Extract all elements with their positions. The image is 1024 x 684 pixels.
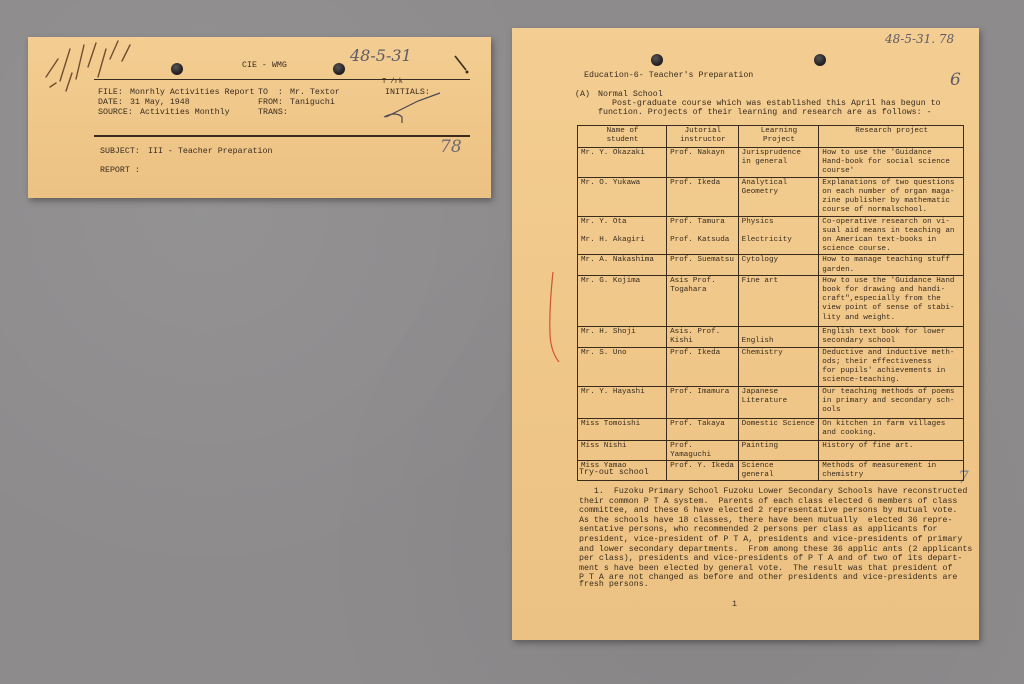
projects-table: Name of student Jutorial instructor Lear… [577,125,964,481]
routing-slip: CIE - WMG 48-5-31 T /rk INITIALS: FILE: … [28,37,491,198]
cell-research: How to use the 'Guidance Hand-book for s… [819,148,964,178]
intro-line-2: function. Projects of their learning and… [598,108,932,118]
cell-research: Co-operative research on vi- sual aid me… [819,216,964,255]
header-instructor: Jutorial instructor [667,126,739,148]
cell-student: Mr. Y. Hayashi [578,386,667,418]
tryout-paragraph: 1. Fuzoku Primary School Fuzoku Lower Se… [579,487,972,590]
file-value: Monrhly Activities Report [130,88,254,98]
report-title: Education-6- Teacher's Preparation [584,71,753,81]
table-row: Mr. Y. Hayashi Prof. Imamura Japanese Li… [578,386,964,418]
subject-value: III - Teacher Preparation [148,147,272,157]
table-row: Miss Nishi Prof. Yamaguchi Painting Hist… [578,440,964,460]
cell-research: Deductive and inductive meth- ods; their… [819,347,964,386]
cell-student: Mr. G. Kojima [578,275,667,326]
cell-research: On kitchen in farm villages and cooking. [819,418,964,440]
cell-student: Mr. S. Uno [578,347,667,386]
cell-learning: Analytical Geometry [738,177,819,216]
file-label: FILE: [98,88,123,98]
punch-hole-left [651,54,663,66]
punch-hole-left [171,63,183,75]
table-row: Mr. O. Yukawa Prof. Ikeda Analytical Geo… [578,177,964,216]
tryout-heading: Try-out school [579,468,649,478]
cell-instructor: Prof. Nakayn [667,148,739,178]
handwritten-page-number: 6 [950,70,961,90]
paragraph-line: their common P T A system. Parents of ea… [579,497,972,507]
cell-learning: Physics Electricity [738,216,819,255]
cell-learning: Fine art [738,275,819,326]
cell-learning: Science general [738,461,819,481]
table-row: Mr. Y. Okazaki Prof. Nakayn Jurisprudenc… [578,148,964,178]
cell-instructor: Asis. Prof. Kishi [667,326,739,347]
paragraph-line: committee, and these 6 have elected 2 re… [579,506,972,516]
paragraph-line: 1. Fuzoku Primary School Fuzoku Lower Se… [579,487,972,497]
cell-instructor: Prof. Takaya [667,418,739,440]
handwritten-reference: 48-5-31. 78 [885,32,954,46]
cell-instructor: Asis Prof. Togahara [667,275,739,326]
cell-research: How to manage teaching stuff garden. [819,255,964,275]
header-research-project: Research project [819,126,964,148]
cell-research: How to use the 'Guidance Hand book for d… [819,275,964,326]
to-value: Mr. Textor [290,88,340,98]
table-row: Mr. Y. Ota Mr. H. Akagiri Prof. Tamura P… [578,216,964,255]
cell-research: History of fine art. [819,440,964,460]
date-label: DATE: [98,98,123,108]
cell-learning: Chemistry [738,347,819,386]
cell-instructor: Prof. Ikeda [667,347,739,386]
paragraph-line: fresh persons. [579,580,972,590]
table-row: Mr. A. Nakashima Prof. Suematsu Cytology… [578,255,964,275]
cell-learning: Cytology [738,255,819,275]
punch-hole-right [814,54,826,66]
cell-student: Mr. H. Shoji [578,326,667,347]
trans-label: TRANS: [258,108,288,118]
slip-header: CIE - WMG [242,61,287,71]
cell-instructor: Prof. Tamura Prof. Katsuda [667,216,739,255]
paragraph-line: sentative persons, who recommended 2 per… [579,525,972,535]
from-label: FROM: [258,98,283,108]
paragraph-line: and lower secondary departments. From am… [579,545,972,555]
cell-research: Methods of measurement in chemistry [819,461,964,481]
cell-instructor: Prof. Suematsu [667,255,739,275]
date-value: 31 May, 1948 [130,98,190,108]
cell-research: Explanations of two questions on each nu… [819,177,964,216]
table-row: Mr. S. Uno Prof. Ikeda Chemistry Deducti… [578,347,964,386]
table-header-row: Name of student Jutorial instructor Lear… [578,126,964,148]
cell-learning: English [738,326,819,347]
cell-student: Miss Nishi [578,440,667,460]
cell-learning: Painting [738,440,819,460]
table-row: Mr. G. Kojima Asis Prof. Togahara Fine a… [578,275,964,326]
paragraph-line: As the schools have 18 classes, there ha… [579,516,972,526]
source-value: Activities Monthly [140,108,230,118]
red-margin-mark [545,270,565,370]
cell-instructor: Prof. Yamaguchi [667,440,739,460]
cell-learning: Domestic Science [738,418,819,440]
to-label: TO : [258,88,283,98]
paragraph-line: per class), presidents and vice-presiden… [579,554,972,564]
middle-rule [94,135,470,137]
table-row: Mr. H. Shoji Asis. Prof. Kishi English E… [578,326,964,347]
table-row: Miss Tomoishi Prof. Takaya Domestic Scie… [578,418,964,440]
cell-student: Mr. Y. Okazaki [578,148,667,178]
cell-student: Mr. A. Nakashima [578,255,667,275]
subject-label: SUBJECT: [100,147,140,157]
report-label: REPORT : [100,166,140,176]
paragraph-line: ment s have been elected by general vote… [579,564,972,574]
source-label: SOURCE: [98,108,133,118]
cell-research: Our teaching methods of poems in primary… [819,386,964,418]
header-learning-project: Learning Project [738,126,819,148]
header-student: Name of student [578,126,667,148]
cell-learning: Japanese Literature [738,386,819,418]
cell-instructor: Prof. Ikeda [667,177,739,216]
cell-student: Mr. O. Yukawa [578,177,667,216]
initials-signature [378,87,448,127]
paragraph-line: president, vice-president of P T A, pres… [579,535,972,545]
from-value: Taniguchi [290,98,335,108]
cell-research: English text book for lower secondary sc… [819,326,964,347]
handwritten-date: 48-5-31 [350,46,412,65]
cell-instructor: Prof. Imamura [667,386,739,418]
cell-student: Miss Tomoishi [578,418,667,440]
cell-instructor: Prof. Y. Ikeda [667,461,739,481]
top-rule [94,79,470,80]
corner-mark [452,53,472,75]
punch-hole-right [333,63,345,75]
section-a-label: (A) [575,90,590,100]
page-number: 1 [732,600,737,610]
cell-learning: Jurisprudence in general [738,148,819,178]
cell-student: Mr. Y. Ota Mr. H. Akagiri [578,216,667,255]
handwritten-number: 78 [440,137,462,157]
